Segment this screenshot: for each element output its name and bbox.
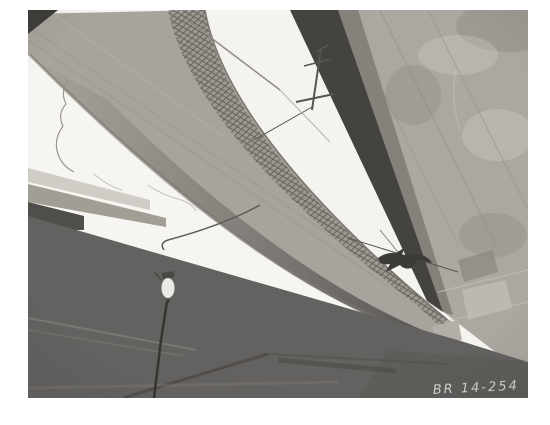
bridge-underside-photo: BR 14-254 — [28, 10, 528, 398]
vignette-overlay — [28, 10, 528, 398]
photograph-svg: BR 14-254 — [28, 10, 528, 398]
